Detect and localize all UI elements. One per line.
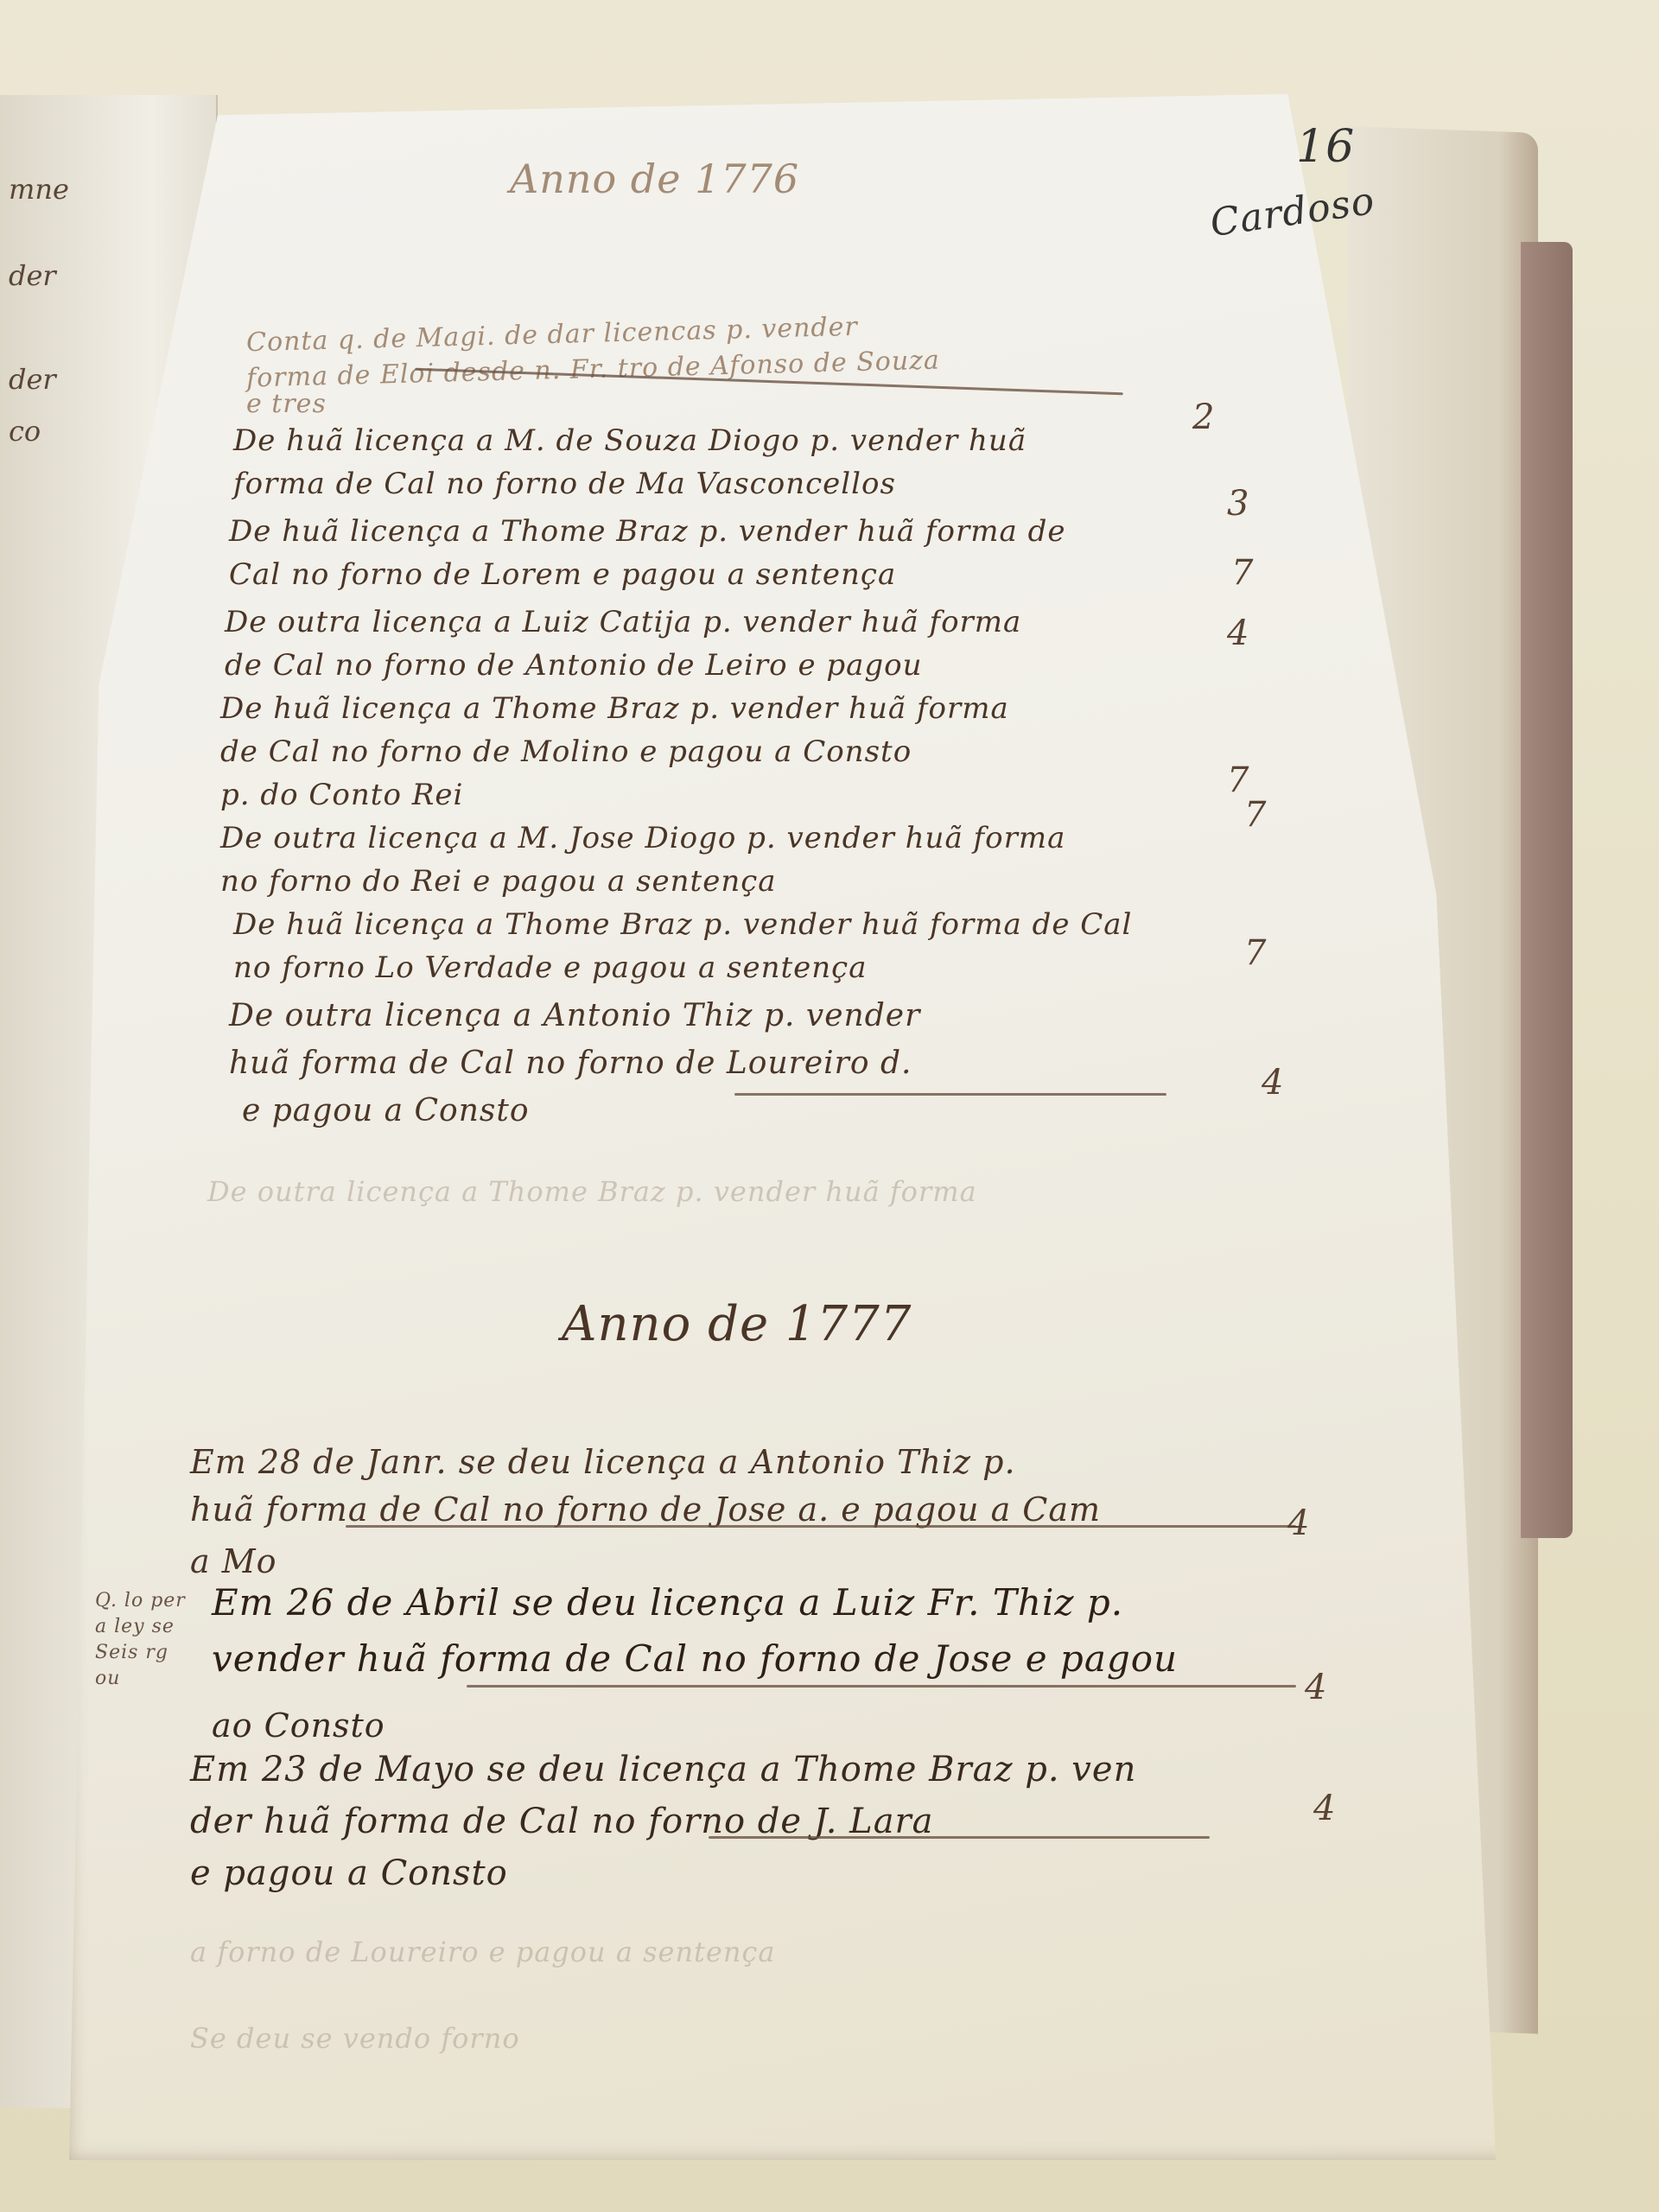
section-heading: Anno de 1776	[510, 156, 799, 202]
section-heading: Anno de 1777	[562, 1296, 912, 1352]
entry-line: Em 28 de Janr. se deu licença a Antonio …	[190, 1443, 1016, 1481]
entry-line: de Cal no forno de Molino e pagou a Cons…	[220, 734, 912, 769]
entry-line: De huã licença a Thome Braz p. vender hu…	[233, 907, 1132, 942]
entry-amount: 4	[1262, 1063, 1283, 1103]
entry-line: De outra licença a Antonio Thiz p. vende…	[229, 998, 920, 1033]
entry-line: e pagou a Consto	[190, 1853, 508, 1893]
left-fragment: mne	[9, 173, 69, 206]
entry-line: p. do Conto Rei	[220, 778, 463, 812]
entry-amount: 7	[1244, 795, 1266, 835]
bleedthrough-text: Se deu se vendo forno	[190, 2022, 520, 2055]
entry-line: no forno do Rei e pagou a sentença	[220, 864, 777, 899]
entry-line: De huã licença a M. de Souza Diogo p. ve…	[233, 423, 1027, 458]
entry-line: a Mo	[190, 1542, 277, 1580]
entry-amount: 2	[1192, 397, 1214, 437]
entry-line: De outra licença a M. Jose Diogo p. vend…	[220, 821, 1065, 855]
intro-line: e tres	[246, 389, 327, 419]
entry-amount: 3	[1227, 484, 1249, 524]
bleedthrough-text: De outra licença a Thome Braz p. vender …	[207, 1175, 977, 1208]
entry-line: huã forma de Cal no forno de Jose a. e p…	[190, 1491, 1101, 1529]
entry-line: Em 23 de Mayo se deu licença a Thome Bra…	[190, 1750, 1136, 1789]
margin-note: Seis rg	[95, 1642, 168, 1663]
entry-amount: 4	[1313, 1789, 1335, 1828]
entry-line: forma de Cal no forno de Ma Vasconcellos	[233, 467, 896, 501]
left-fragment: der	[9, 259, 56, 292]
underline	[709, 1836, 1210, 1839]
entry-amount: 4	[1305, 1668, 1326, 1707]
bleedthrough-text: a forno de Loureiro e pagou a sentença	[190, 1935, 775, 1968]
entry-amount: 7	[1231, 553, 1253, 593]
margin-note: a ley se	[95, 1616, 175, 1637]
entry-line: huã forma de Cal no forno de Loureiro d.	[229, 1046, 912, 1081]
entry-line: no forno Lo Verdade e pagou a sentença	[233, 950, 868, 985]
leather-flap	[1521, 242, 1573, 1538]
margin-note: ou	[95, 1668, 120, 1689]
underline	[346, 1525, 1296, 1528]
entry-amount: 4	[1227, 613, 1249, 653]
left-fragment: co	[9, 415, 41, 448]
underline	[734, 1093, 1166, 1096]
entry-amount: 4	[1287, 1503, 1309, 1543]
underline	[467, 1685, 1296, 1688]
entry-line: De huã licença a Thome Braz p. vender hu…	[229, 514, 1065, 549]
margin-note: Q. lo per	[95, 1590, 186, 1611]
entry-line: De huã licença a Thome Braz p. vender hu…	[220, 691, 1009, 726]
entry-line: vender huã forma de Cal no forno de Jose…	[212, 1637, 1178, 1680]
entry-line: Em 26 de Abril se deu licença a Luiz Fr.…	[212, 1581, 1123, 1624]
entry-line: Cal no forno de Lorem e pagou a sentença	[229, 557, 896, 592]
page-number: 16	[1296, 121, 1355, 173]
entry-line: ao Consto	[212, 1707, 385, 1745]
left-fragment: der	[9, 363, 56, 396]
entry-line: e pagou a Consto	[242, 1093, 530, 1128]
entry-amount: 7	[1244, 933, 1266, 973]
entry-line: de Cal no forno de Antonio de Leiro e pa…	[225, 648, 923, 683]
entry-line: De outra licença a Luiz Catija p. vender…	[225, 605, 1021, 639]
